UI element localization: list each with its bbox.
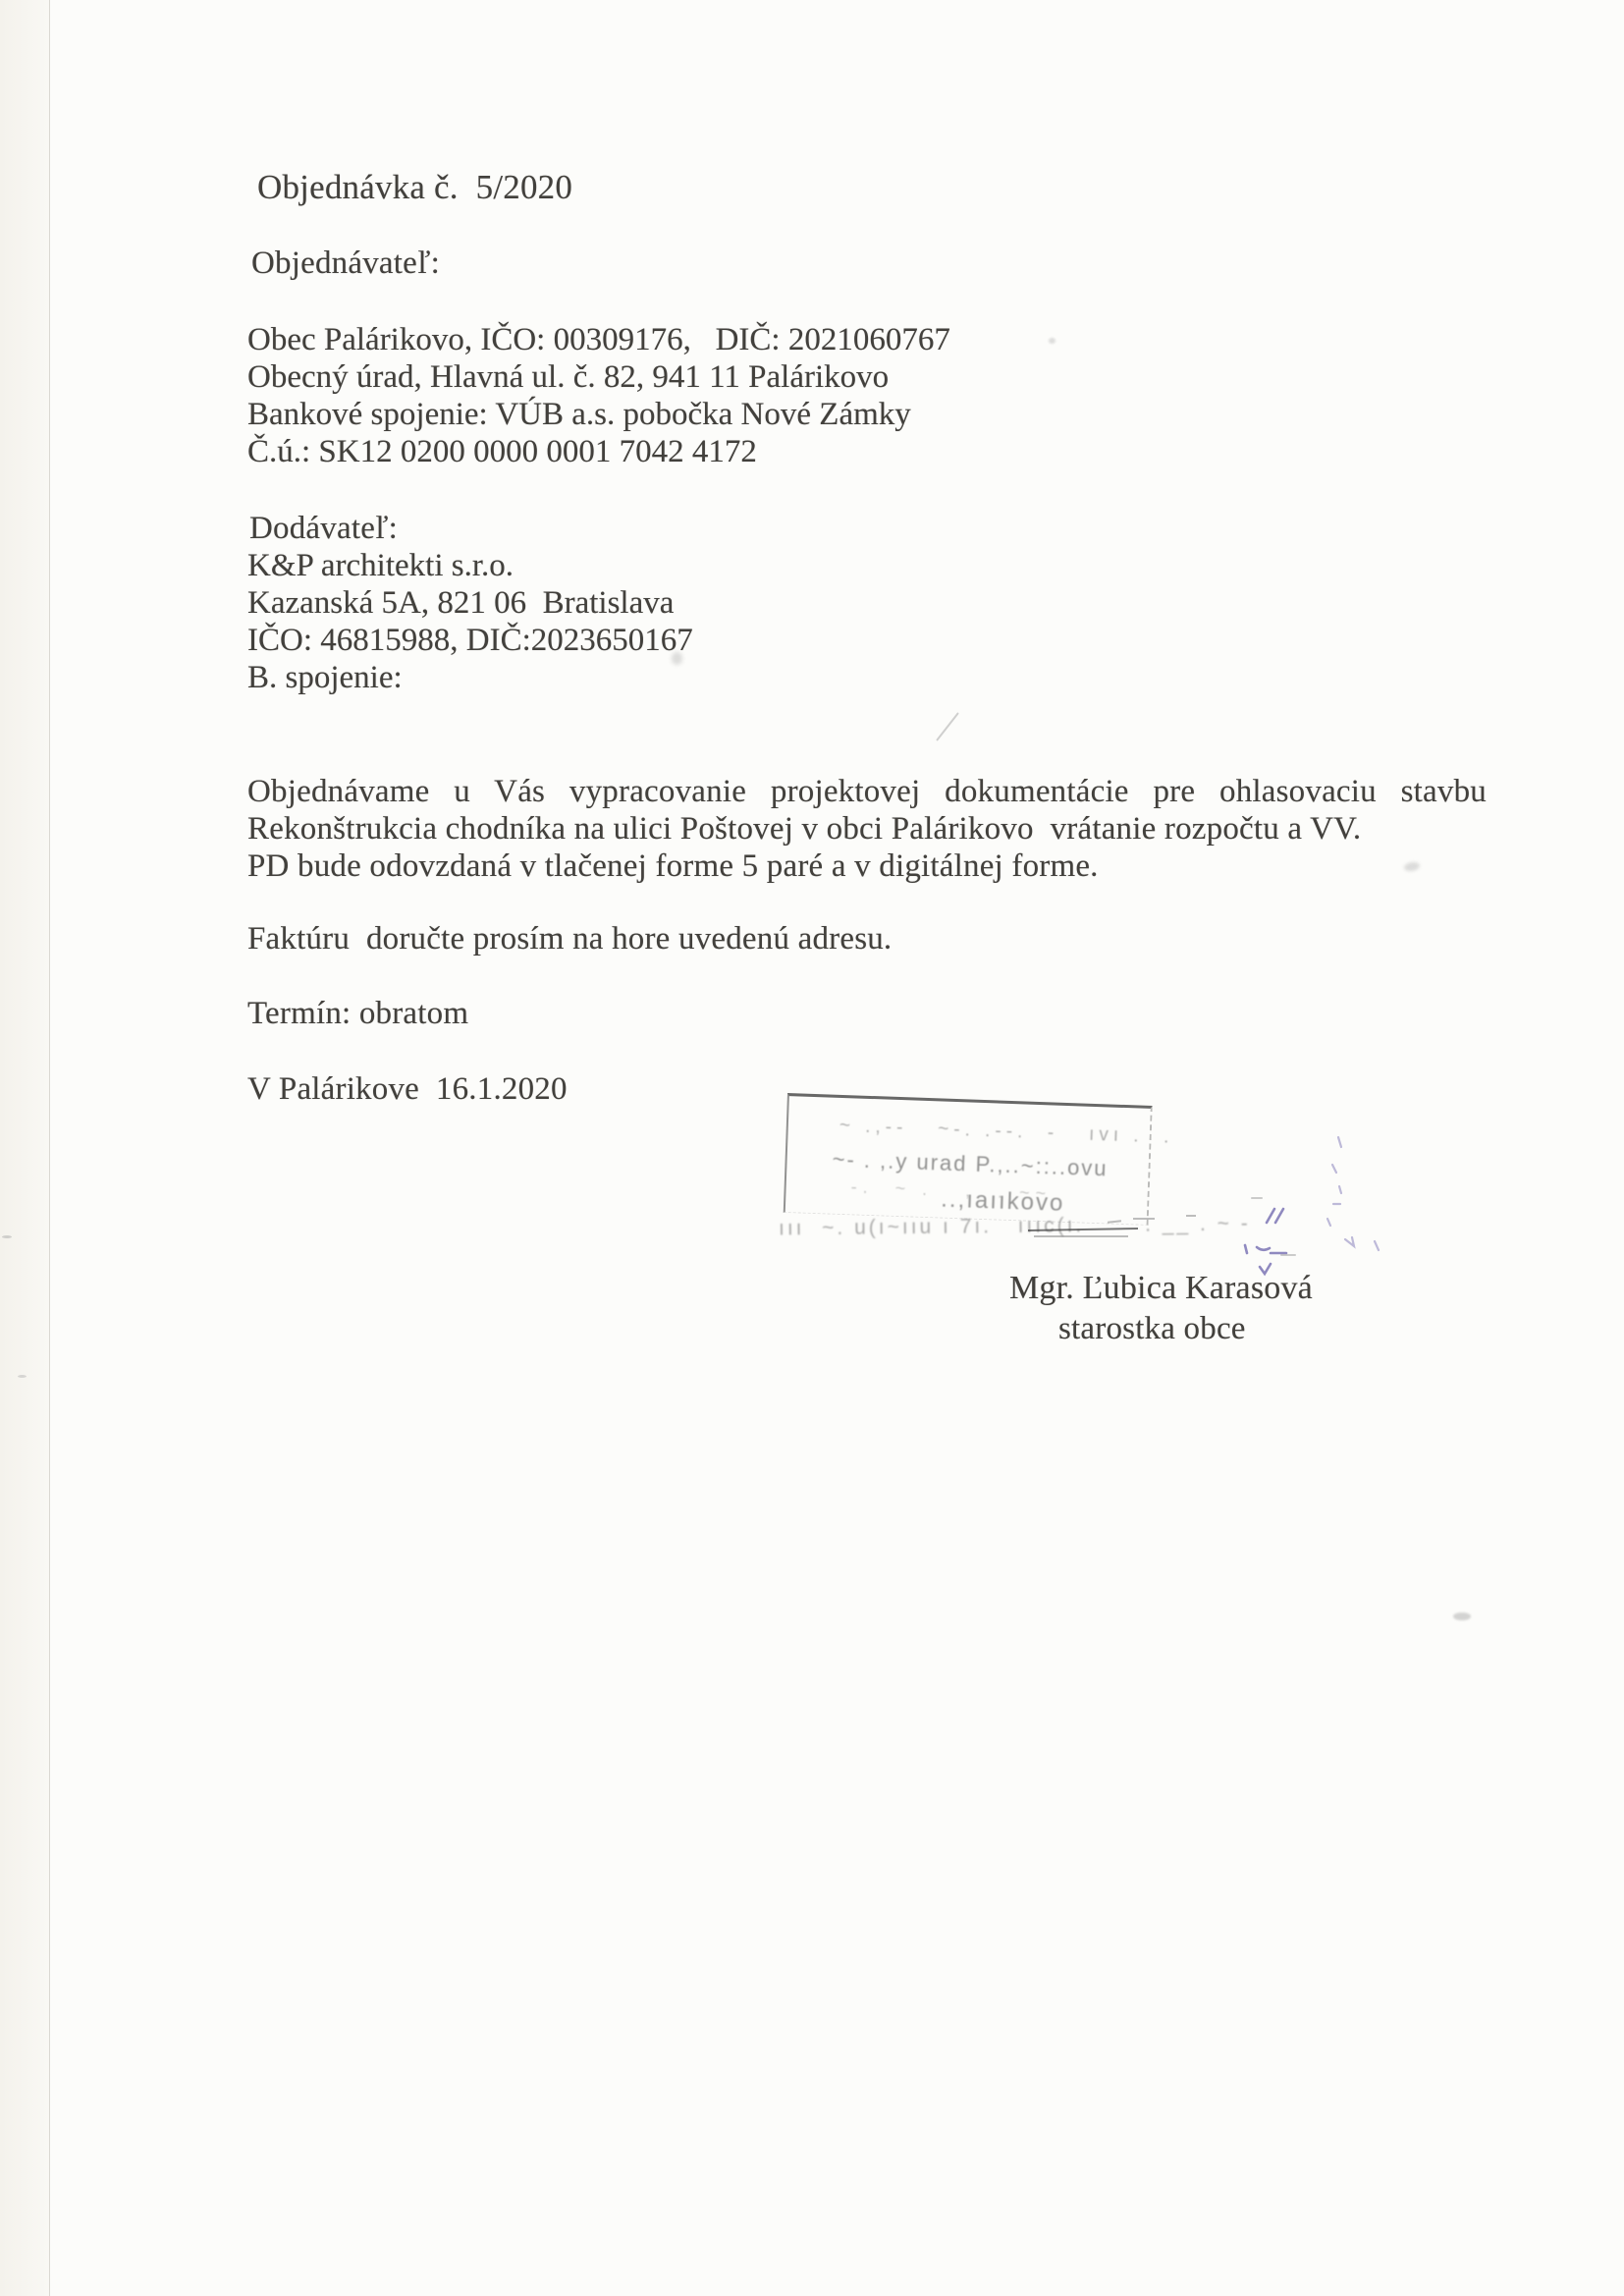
- official-stamp: ~ .,-- ~-. .--. - ıvı . . ~- . ,.y urad …: [784, 1093, 1153, 1226]
- scan-artifact: [1049, 338, 1056, 344]
- scan-edge-band: [0, 0, 49, 2296]
- orderer-line: Obec Palárikovo, IČO: 00309176, DIČ: 202…: [247, 321, 950, 358]
- order-body-line: Objednávame u Vás vypracovanie projektov…: [247, 773, 1487, 810]
- invoice-note: Faktúru doručte prosím na hore uvedenú a…: [247, 920, 892, 957]
- signer-name: Mgr. Ľubica Karasová: [1009, 1270, 1313, 1307]
- order-body-line: PD bude odovzdaná v tlačenej forme 5 par…: [247, 847, 1524, 885]
- stamp-text-fragment: ~- . ,.y urad P.,..~::..ovu: [832, 1147, 1109, 1182]
- stamp-underline: [1034, 1235, 1128, 1237]
- scan-artifact: [2, 1235, 12, 1238]
- supplier-label: Dodávateľ:: [249, 510, 398, 547]
- scan-artifact: [672, 652, 682, 665]
- orderer-label: Objednávateľ:: [251, 245, 440, 282]
- orderer-line: Č.ú.: SK12 0200 0000 0001 7042 4172: [247, 433, 950, 470]
- stamp-mark: [1133, 1218, 1155, 1220]
- supplier-address-block: K&P architekti s.r.o. Kazanská 5A, 821 0…: [247, 547, 693, 696]
- scan-artifact: [18, 1375, 27, 1378]
- deadline-note: Termín: obratom: [247, 995, 468, 1032]
- signer-role: starostka obce: [1058, 1310, 1246, 1347]
- supplier-line: IČO: 46815988, DIČ:2023650167: [247, 622, 693, 659]
- stamp-text-fragment: ııı ~. u(ı~ııu ı 7ı. ıııc(ı. . __ . ~ -: [779, 1212, 1250, 1240]
- scan-artifact: [1453, 1613, 1471, 1620]
- orderer-line: Bankové spojenie: VÚB a.s. pobočka Nové …: [247, 396, 950, 433]
- orderer-line: Obecný úrad, Hlavná ul. č. 82, 941 11 Pa…: [247, 358, 950, 396]
- supplier-line: B. spojenie:: [247, 659, 693, 696]
- order-body-line: Rekonštrukcia chodníka na ulici Poštovej…: [247, 810, 1524, 847]
- orderer-address-block: Obec Palárikovo, IČO: 00309176, DIČ: 202…: [247, 321, 950, 470]
- document-title: Objednávka č. 5/2020: [257, 169, 572, 206]
- stamp-text-fragment: ..,ıaııkovo: [941, 1186, 1065, 1218]
- signature-scribble: [1208, 1127, 1414, 1285]
- supplier-line: K&P architekti s.r.o.: [247, 547, 693, 584]
- scan-edge-line: [49, 0, 50, 2296]
- supplier-line: Kazanská 5A, 821 06 Bratislava: [247, 584, 693, 622]
- scanned-document-page: Objednávka č. 5/2020 Objednávateľ: Obec …: [0, 0, 1624, 2296]
- stamp-text-fragment: ~ .,-- ~-. .--. - ıvı . .: [839, 1116, 1173, 1149]
- scan-artifact: [936, 712, 959, 741]
- stamp-mark: [1186, 1215, 1196, 1217]
- place-and-date: V Palárikove 16.1.2020: [247, 1070, 568, 1108]
